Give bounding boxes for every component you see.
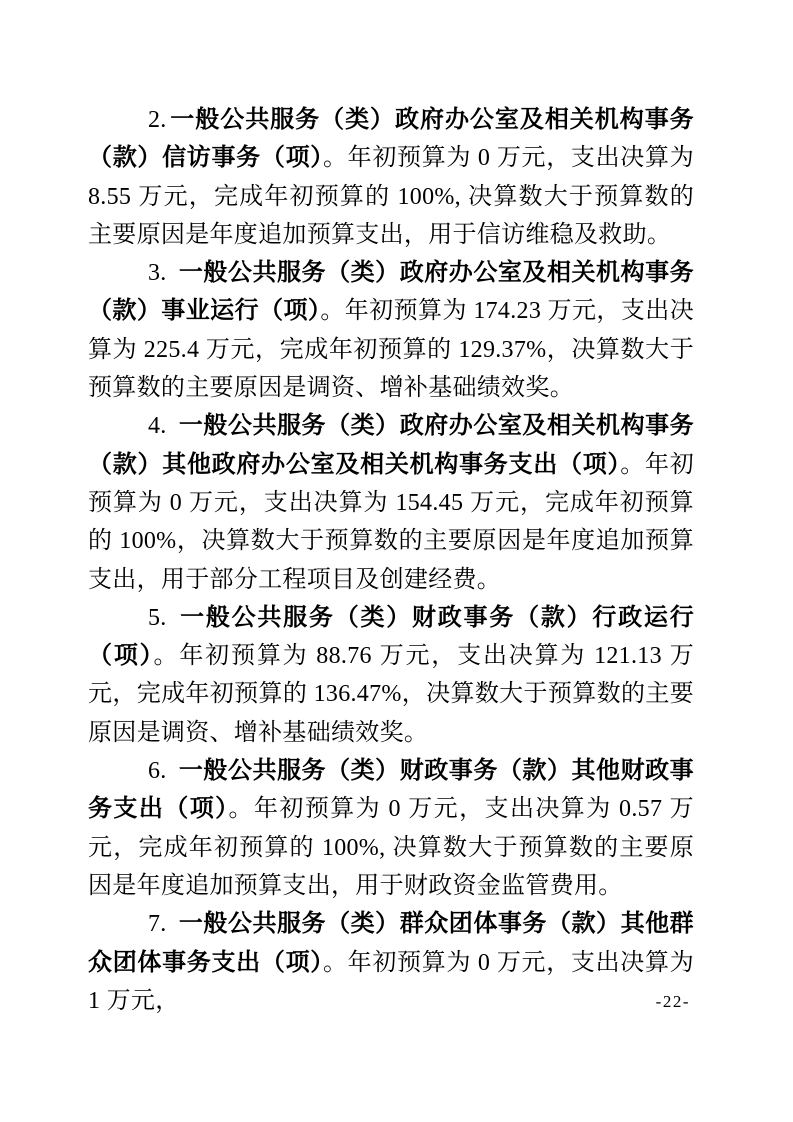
paragraph-heading: 一般公共服务（类）政府办公室及相关机构事务（款）其他政府办公室及相关机构事务支出… xyxy=(88,413,694,477)
paragraph-item-2: 2.一般公共服务（类）政府办公室及相关机构事务（款）信访事务（项）。年初预算为 … xyxy=(88,101,694,254)
paragraph-number: 6. xyxy=(148,758,167,784)
paragraph-number: 7. xyxy=(148,911,167,937)
paragraph-number: 2. xyxy=(148,107,167,133)
paragraph-item-4: 4.一般公共服务（类）政府办公室及相关机构事务（款）其他政府办公室及相关机构事务… xyxy=(88,407,694,598)
paragraph-number: 4. xyxy=(148,413,167,439)
paragraph-item-3: 3.一般公共服务（类）政府办公室及相关机构事务（款）事业运行（项）。年初预算为 … xyxy=(88,254,694,407)
document-page: 2.一般公共服务（类）政府办公室及相关机构事务（款）信访事务（项）。年初预算为 … xyxy=(0,0,793,1122)
document-body-text: 2.一般公共服务（类）政府办公室及相关机构事务（款）信访事务（项）。年初预算为 … xyxy=(88,101,694,1020)
paragraph-body: 。年初预算为 88.76 万元，支出决算为 121.13 万元，完成年初预算的 … xyxy=(88,643,694,746)
paragraph-item-5: 5.一般公共服务（类）财政事务（款）行政运行（项）。年初预算为 88.76 万元… xyxy=(88,599,694,752)
page-number: -22- xyxy=(656,992,690,1012)
paragraph-number: 5. xyxy=(148,605,167,631)
paragraph-item-6: 6.一般公共服务（类）财政事务（款）其他财政事务支出（项）。年初预算为 0 万元… xyxy=(88,752,694,905)
paragraph-number: 3. xyxy=(148,260,167,286)
paragraph-item-7: 7.一般公共服务（类）群众团体事务（款）其他群众团体事务支出（项）。年初预算为 … xyxy=(88,905,694,1020)
